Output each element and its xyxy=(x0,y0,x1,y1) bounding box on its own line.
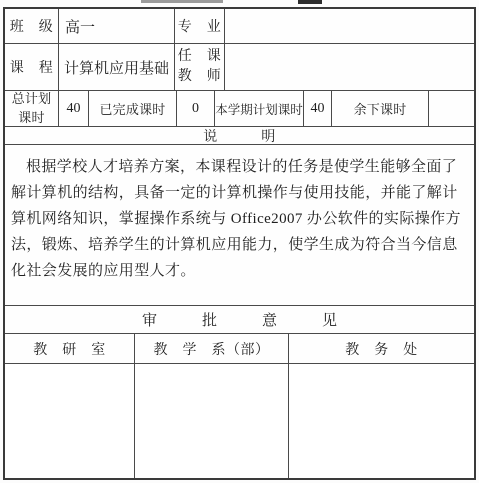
notes-header: 说 明 xyxy=(5,127,474,144)
row-approval-header: 审 批 意 见 xyxy=(5,306,474,334)
completed-hours-label: 已完成课时 xyxy=(89,91,177,126)
row-course-teacher: 课 程 计算机应用基础 任 课 教 师 xyxy=(5,44,474,91)
signature-cell-academic-affairs xyxy=(289,364,474,478)
signature-cell-teaching-dept xyxy=(135,364,289,478)
notes-line: 法，锻炼、培养学生的计算机应用能力，使学生成为符合当今信息 xyxy=(11,232,469,258)
semester-hours-value: 40 xyxy=(304,91,332,126)
class-label: 班 级 xyxy=(5,9,59,43)
notes-line: 解计算机的结构，具备一定的计算机操作与使用技能，并能了解计 xyxy=(11,180,469,206)
teacher-label-line2: 教 师 xyxy=(178,67,222,87)
approval-header: 审 批 意 见 xyxy=(5,306,474,333)
major-label: 专 业 xyxy=(175,9,225,43)
total-hours-label: 总计划 课时 xyxy=(5,91,59,126)
class-value: 高一 xyxy=(59,9,175,43)
notes-line: 化社会发展的应用型人才。 xyxy=(11,258,469,284)
row-approval-columns: 教 研 室 教 学 系（部） 教 务 处 xyxy=(5,334,474,364)
cropped-title-underline-left xyxy=(141,0,223,3)
signature-cell-research-office xyxy=(5,364,135,478)
approval-col-academic-affairs: 教 务 处 xyxy=(289,334,474,363)
notes-paragraph: 根据学校人才培养方案，本课程设计的任务是使学生能够全面了 解计算机的结构，具备一… xyxy=(5,145,474,305)
course-value: 计算机应用基础 xyxy=(59,44,175,90)
course-plan-table: 班 级 高一 专 业 课 程 计算机应用基础 任 课 教 师 总计划 课时 40… xyxy=(3,7,476,480)
approval-col-research-office: 教 研 室 xyxy=(5,334,135,363)
completed-hours-value: 0 xyxy=(177,91,215,126)
notes-line: 算机网络知识，掌握操作系统与 Office2007 办公软件的实际操作方 xyxy=(11,206,469,232)
major-value xyxy=(225,9,474,43)
total-hours-value: 40 xyxy=(59,91,89,126)
course-plan-form: 班 级 高一 专 业 课 程 计算机应用基础 任 课 教 师 总计划 课时 40… xyxy=(0,0,479,483)
approval-col-teaching-dept: 教 学 系（部） xyxy=(135,334,289,363)
total-hours-label-line2: 课时 xyxy=(18,109,44,127)
row-notes-header: 说 明 xyxy=(5,127,474,145)
remaining-hours-value xyxy=(429,91,474,126)
cropped-title-fragment-right xyxy=(298,0,322,4)
row-approval-signatures xyxy=(5,364,474,478)
row-class-major: 班 级 高一 专 业 xyxy=(5,9,474,44)
teacher-label-line1: 任 课 xyxy=(178,47,222,67)
semester-hours-label: 本学期计划课时 xyxy=(215,91,304,126)
row-hours: 总计划 课时 40 已完成课时 0 本学期计划课时 40 余下课时 xyxy=(5,91,474,127)
total-hours-label-line1: 总计划 xyxy=(12,91,52,109)
row-notes-body: 根据学校人才培养方案，本课程设计的任务是使学生能够全面了 解计算机的结构，具备一… xyxy=(5,145,474,306)
notes-line: 根据学校人才培养方案，本课程设计的任务是使学生能够全面了 xyxy=(11,154,469,180)
teacher-label: 任 课 教 师 xyxy=(175,44,225,90)
teacher-value xyxy=(225,44,474,90)
course-label: 课 程 xyxy=(5,44,59,90)
remaining-hours-label: 余下课时 xyxy=(332,91,429,126)
